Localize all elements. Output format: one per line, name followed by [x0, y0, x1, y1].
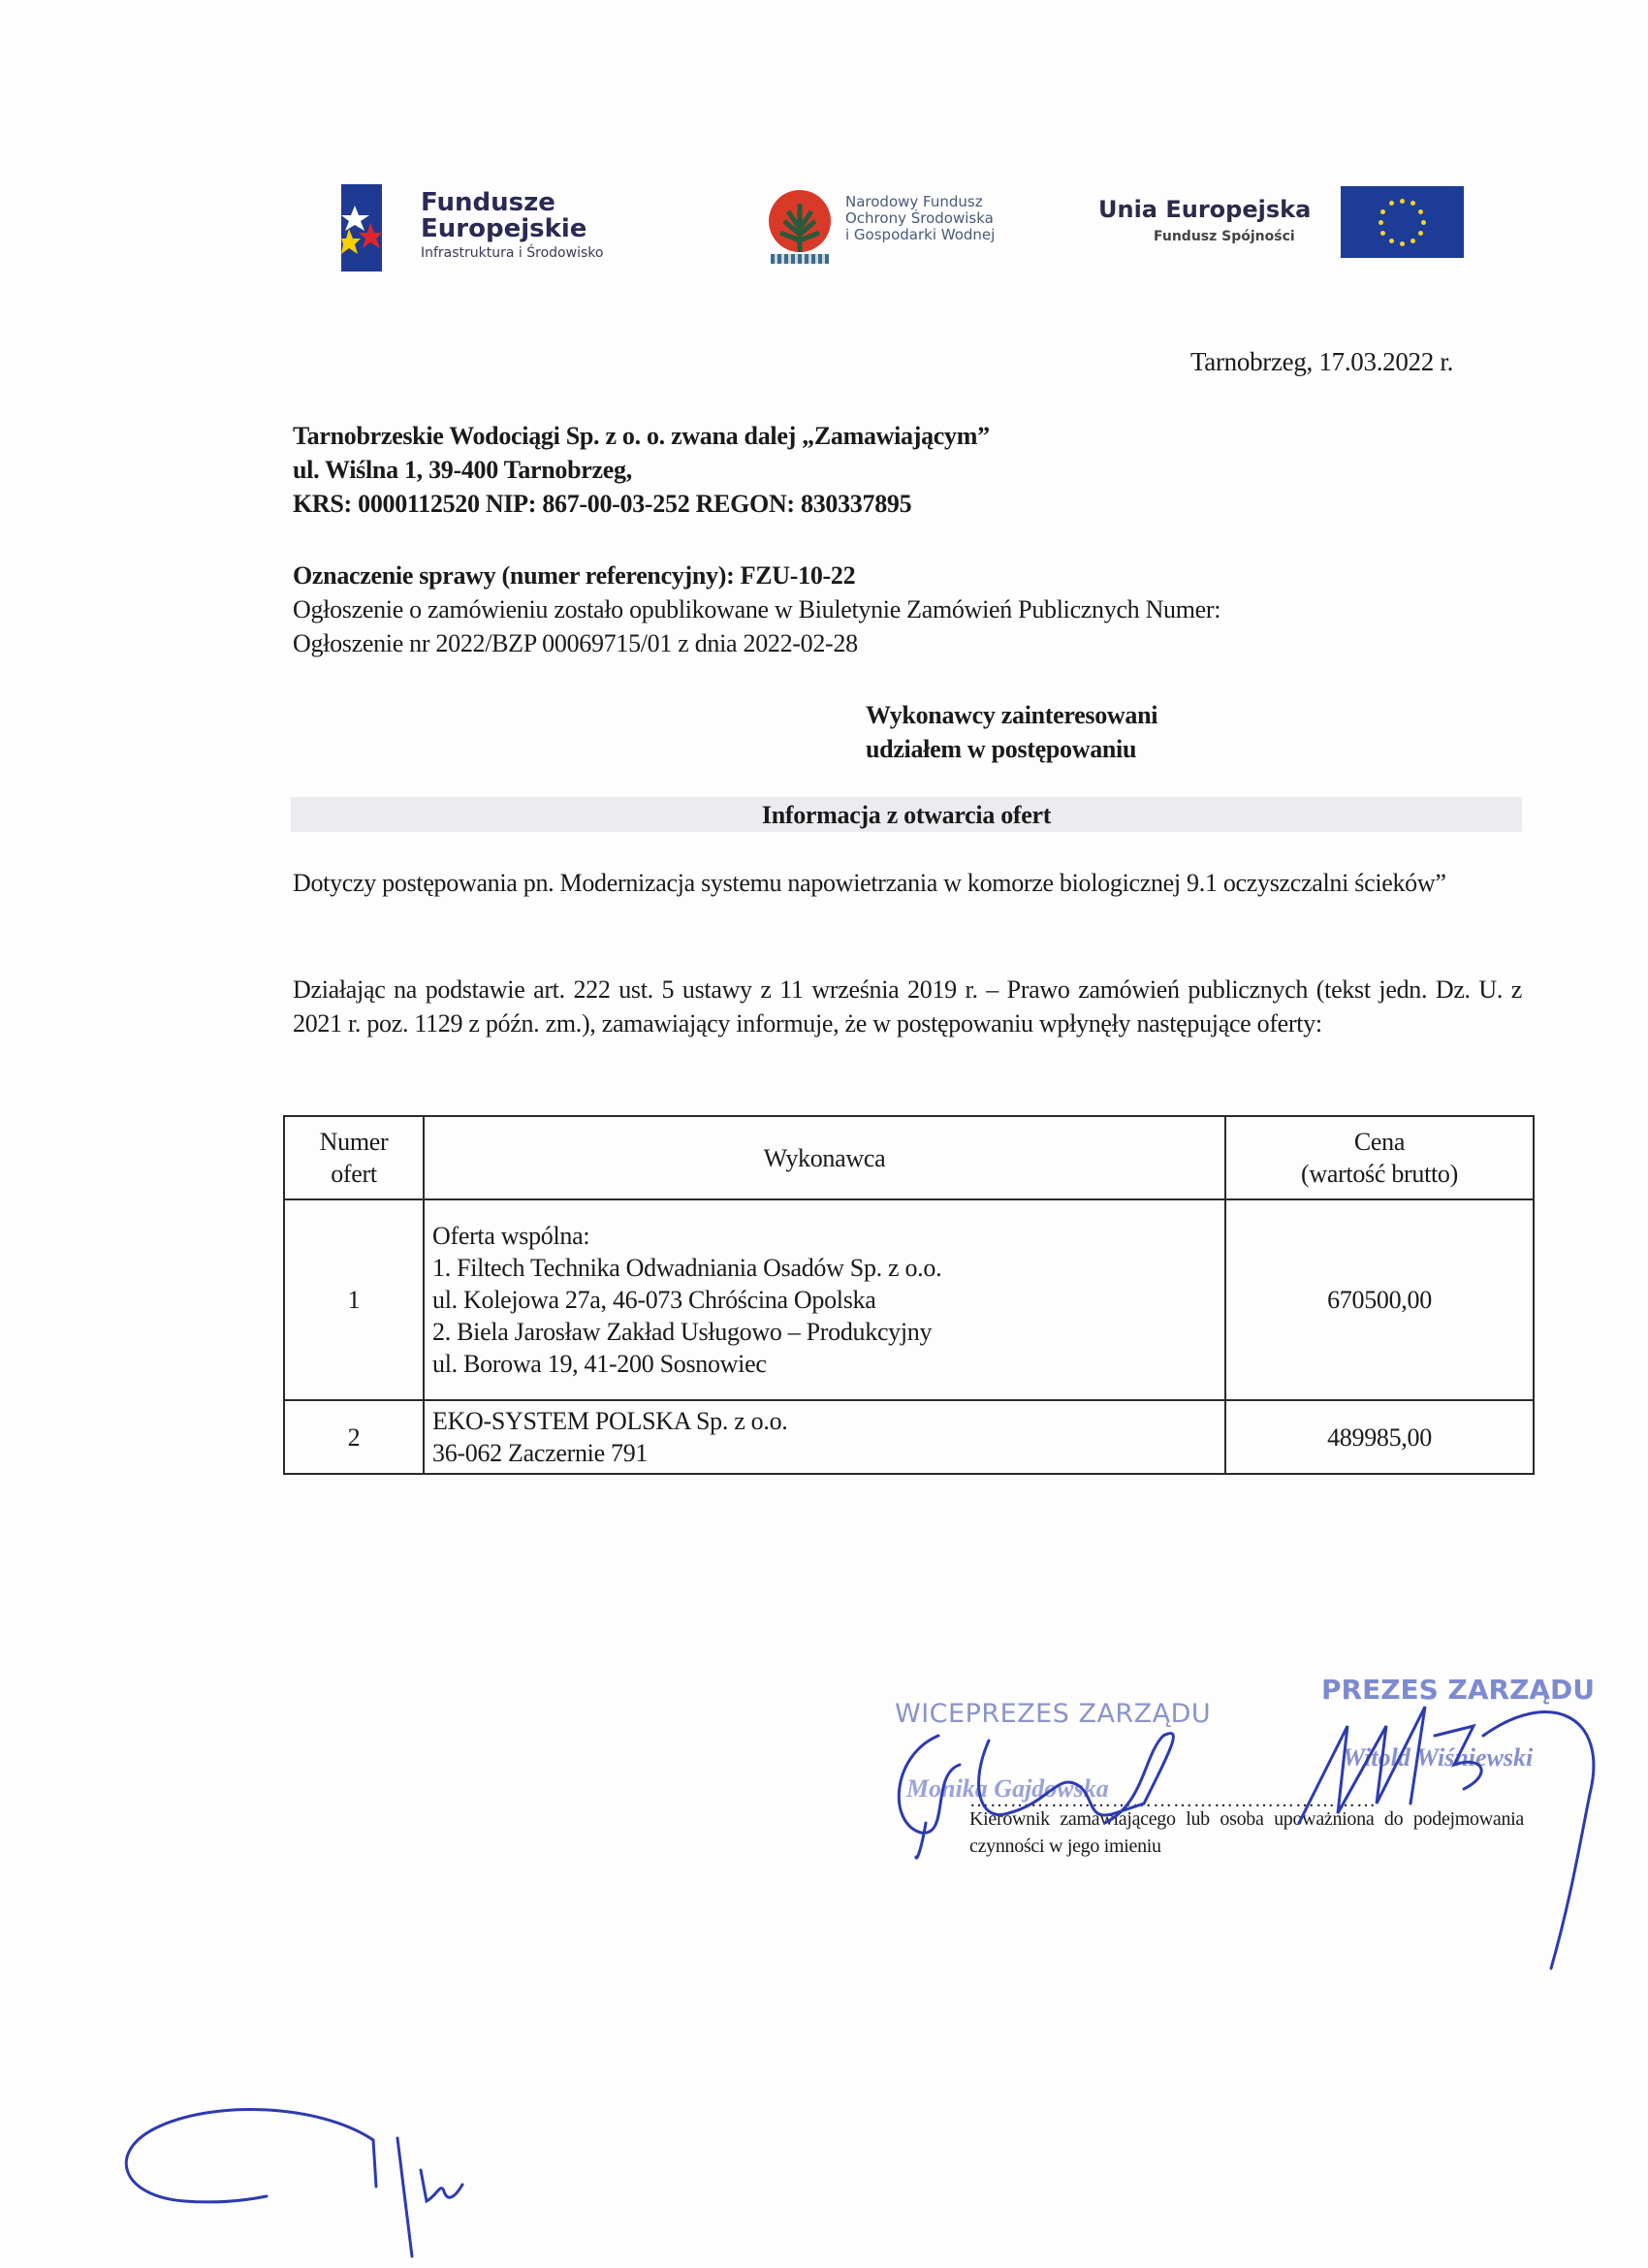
handwritten-signatures-icon	[0, 0, 1648, 2268]
